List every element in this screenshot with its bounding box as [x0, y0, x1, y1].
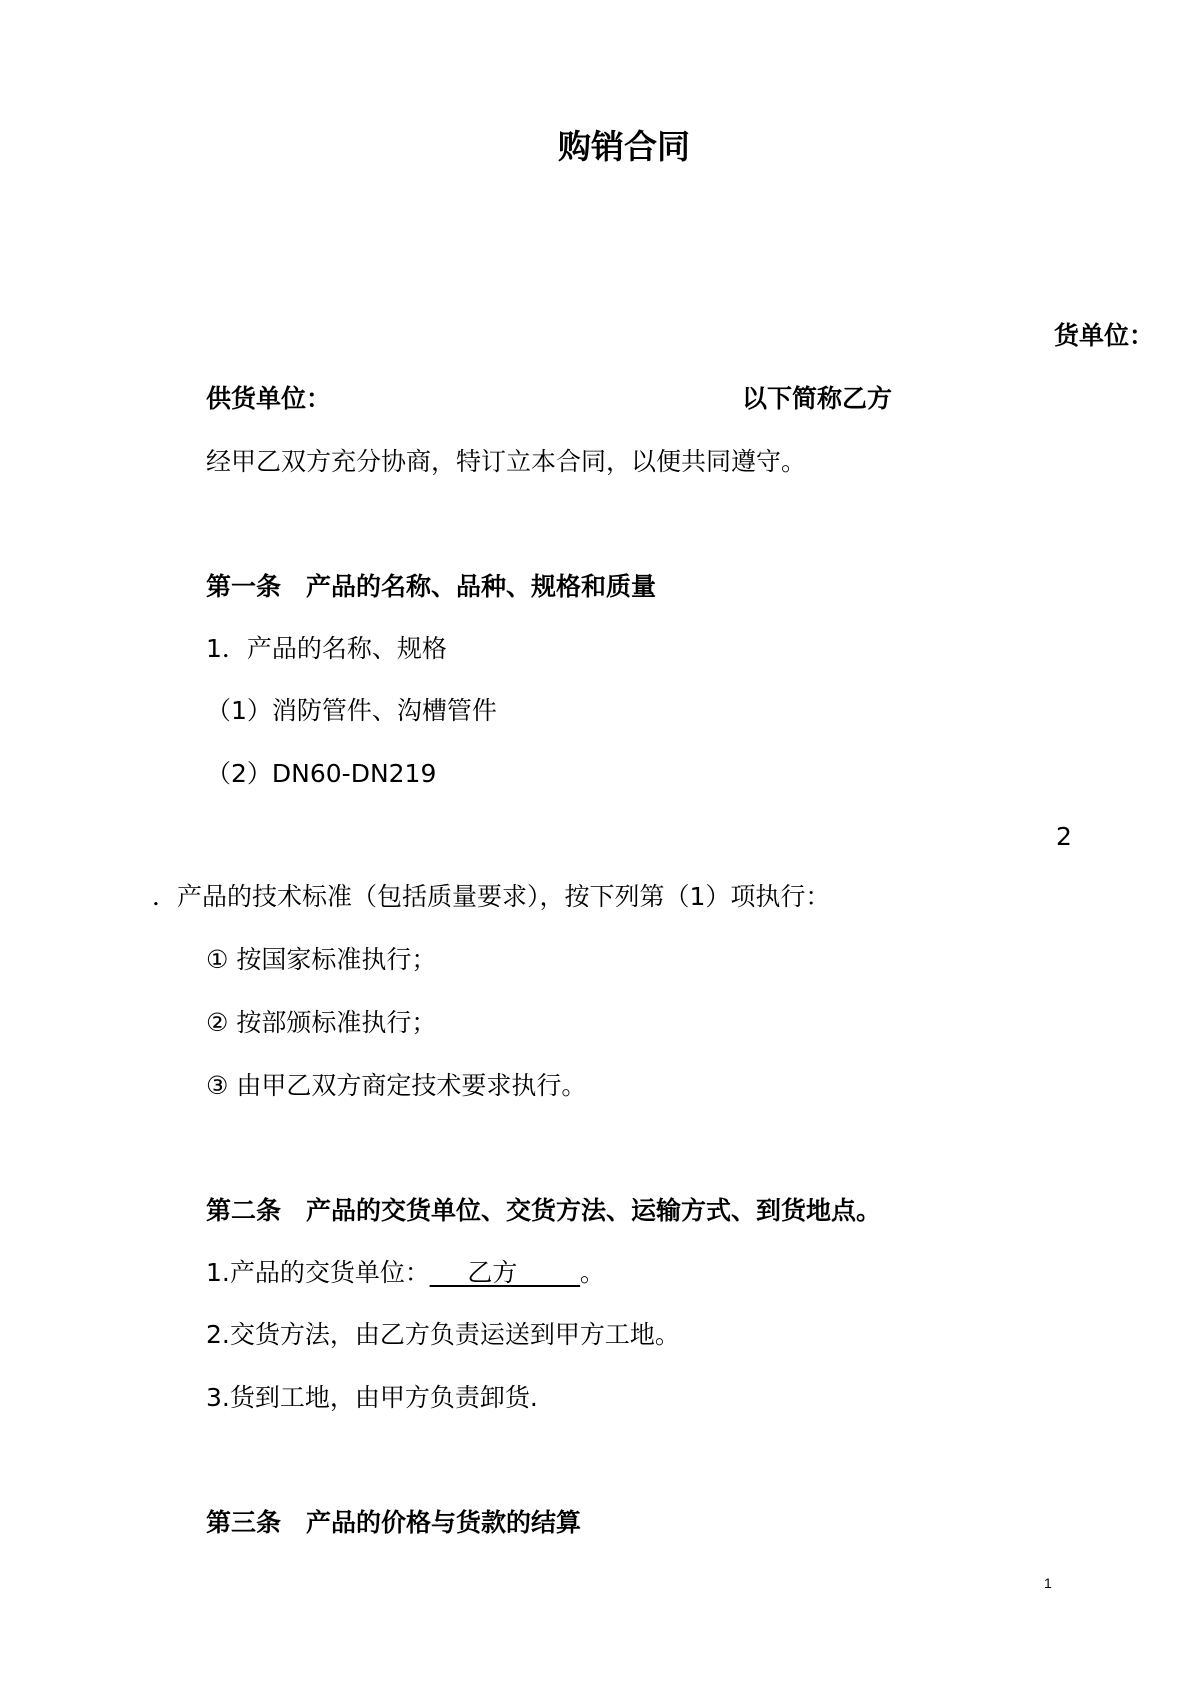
article1-item2-number: 2: [1056, 824, 1072, 849]
supplier-label: 供货单位：: [206, 386, 331, 411]
article1-subitem-2: （2）DN60-DN219: [206, 761, 436, 786]
delivery-unit-suffix: 。: [580, 1258, 605, 1287]
article1-subitem-1: （1）消防管件、沟槽管件: [206, 698, 497, 723]
article2-line2: 2.交货方法，由乙方负责运送到甲方工地。: [206, 1322, 680, 1347]
article2-line3: 3.货到工地，由甲方负责卸货.: [206, 1385, 538, 1410]
supplier-alias: 以下简称乙方: [742, 386, 892, 411]
document-title: 购销合同: [558, 130, 690, 163]
delivery-unit-label: 1.产品的交货单位：: [206, 1258, 430, 1287]
standard-option-2: ② 按部颁标准执行；: [206, 1010, 436, 1035]
article2-heading: 第二条 产品的交货单位、交货方法、运输方式、到货地点。: [206, 1198, 881, 1223]
standard-option-1: ① 按国家标准执行；: [206, 947, 436, 972]
article1-item2-text: ．产品的技术标准（包括质量要求），按下列第（1）项执行：: [152, 884, 830, 909]
article3-heading: 第三条 产品的价格与货款的结算: [206, 1510, 581, 1535]
preamble: 经甲乙双方充分协商，特订立本合同，以便共同遵守。: [206, 449, 806, 474]
article1-item1: 1．产品的名称、规格: [206, 636, 447, 661]
header-fragment: 货单位：: [1054, 323, 1154, 348]
delivery-unit-value: ___乙方_____: [430, 1258, 580, 1287]
article2-line1: 1.产品的交货单位：___乙方_____。: [206, 1260, 605, 1285]
article1-heading: 第一条 产品的名称、品种、规格和质量: [206, 574, 656, 599]
page-number: 1: [1044, 1576, 1052, 1590]
standard-option-3: ③ 由甲乙双方商定技术要求执行。: [206, 1073, 586, 1098]
